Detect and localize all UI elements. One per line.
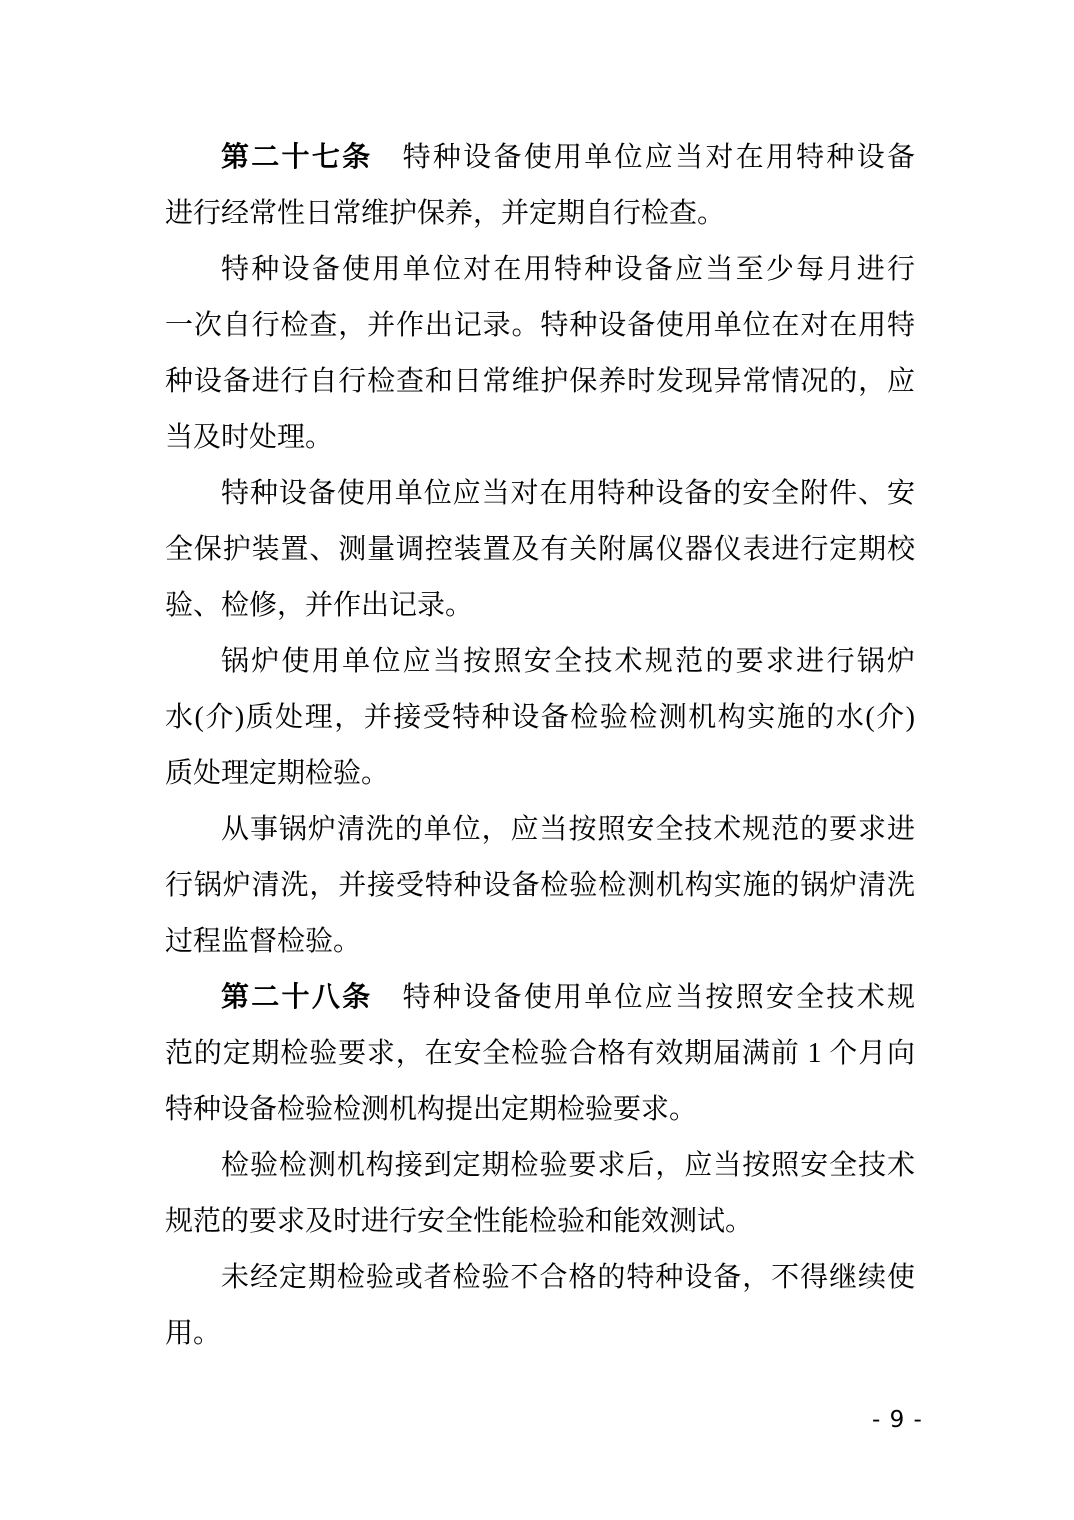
- text-line: 特种设备检验检测机构提出定期检验要求。: [165, 1082, 915, 1138]
- text-line: 一次自行检查，并作出记录。特种设备使用单位在对在用特: [165, 298, 915, 354]
- text-line: 进行经常性日常维护保养，并定期自行检查。: [165, 186, 915, 242]
- text-line: 种设备进行自行检查和日常维护保养时发现异常情况的，应: [165, 354, 915, 410]
- text-line: 过程监督检验。: [165, 914, 915, 970]
- article-number: 第二十七条: [221, 142, 372, 173]
- article-heading-line: 第二十八条 特种设备使用单位应当按照安全技术规: [165, 970, 915, 1026]
- document-body: 第二十七条 特种设备使用单位应当对在用特种设备进行经常性日常维护保养，并定期自行…: [165, 130, 915, 1362]
- text-line: 质处理定期检验。: [165, 746, 915, 802]
- text-line: 锅炉使用单位应当按照安全技术规范的要求进行锅炉: [165, 634, 915, 690]
- text-line: 全保护装置、测量调控装置及有关附属仪器仪表进行定期校: [165, 522, 915, 578]
- text-line: 范的定期检验要求，在安全检验合格有效期届满前 1 个月向: [165, 1026, 915, 1082]
- text-line: 当及时处理。: [165, 410, 915, 466]
- text-line: 用。: [165, 1306, 915, 1362]
- text-line: 规范的要求及时进行安全性能检验和能效测试。: [165, 1194, 915, 1250]
- article-heading-line: 第二十七条 特种设备使用单位应当对在用特种设备: [165, 130, 915, 186]
- text-line: 未经定期检验或者检验不合格的特种设备，不得继续使: [165, 1250, 915, 1306]
- text-line: 验、检修，并作出记录。: [165, 578, 915, 634]
- document-page: 第二十七条 特种设备使用单位应当对在用特种设备进行经常性日常维护保养，并定期自行…: [0, 0, 1074, 1520]
- text-line: 检验检测机构接到定期检验要求后，应当按照安全技术: [165, 1138, 915, 1194]
- text-line: 特种设备使用单位对在用特种设备应当至少每月进行: [165, 242, 915, 298]
- text-line: 从事锅炉清洗的单位，应当按照安全技术规范的要求进: [165, 802, 915, 858]
- article-number: 第二十八条: [221, 982, 372, 1013]
- page-number: - 9 -: [872, 1406, 923, 1434]
- text-line: 特种设备使用单位应当对在用特种设备的安全附件、安: [165, 466, 915, 522]
- text-line: 水(介)质处理，并接受特种设备检验检测机构实施的水(介): [165, 690, 915, 746]
- text-line: 行锅炉清洗，并接受特种设备检验检测机构实施的锅炉清洗: [165, 858, 915, 914]
